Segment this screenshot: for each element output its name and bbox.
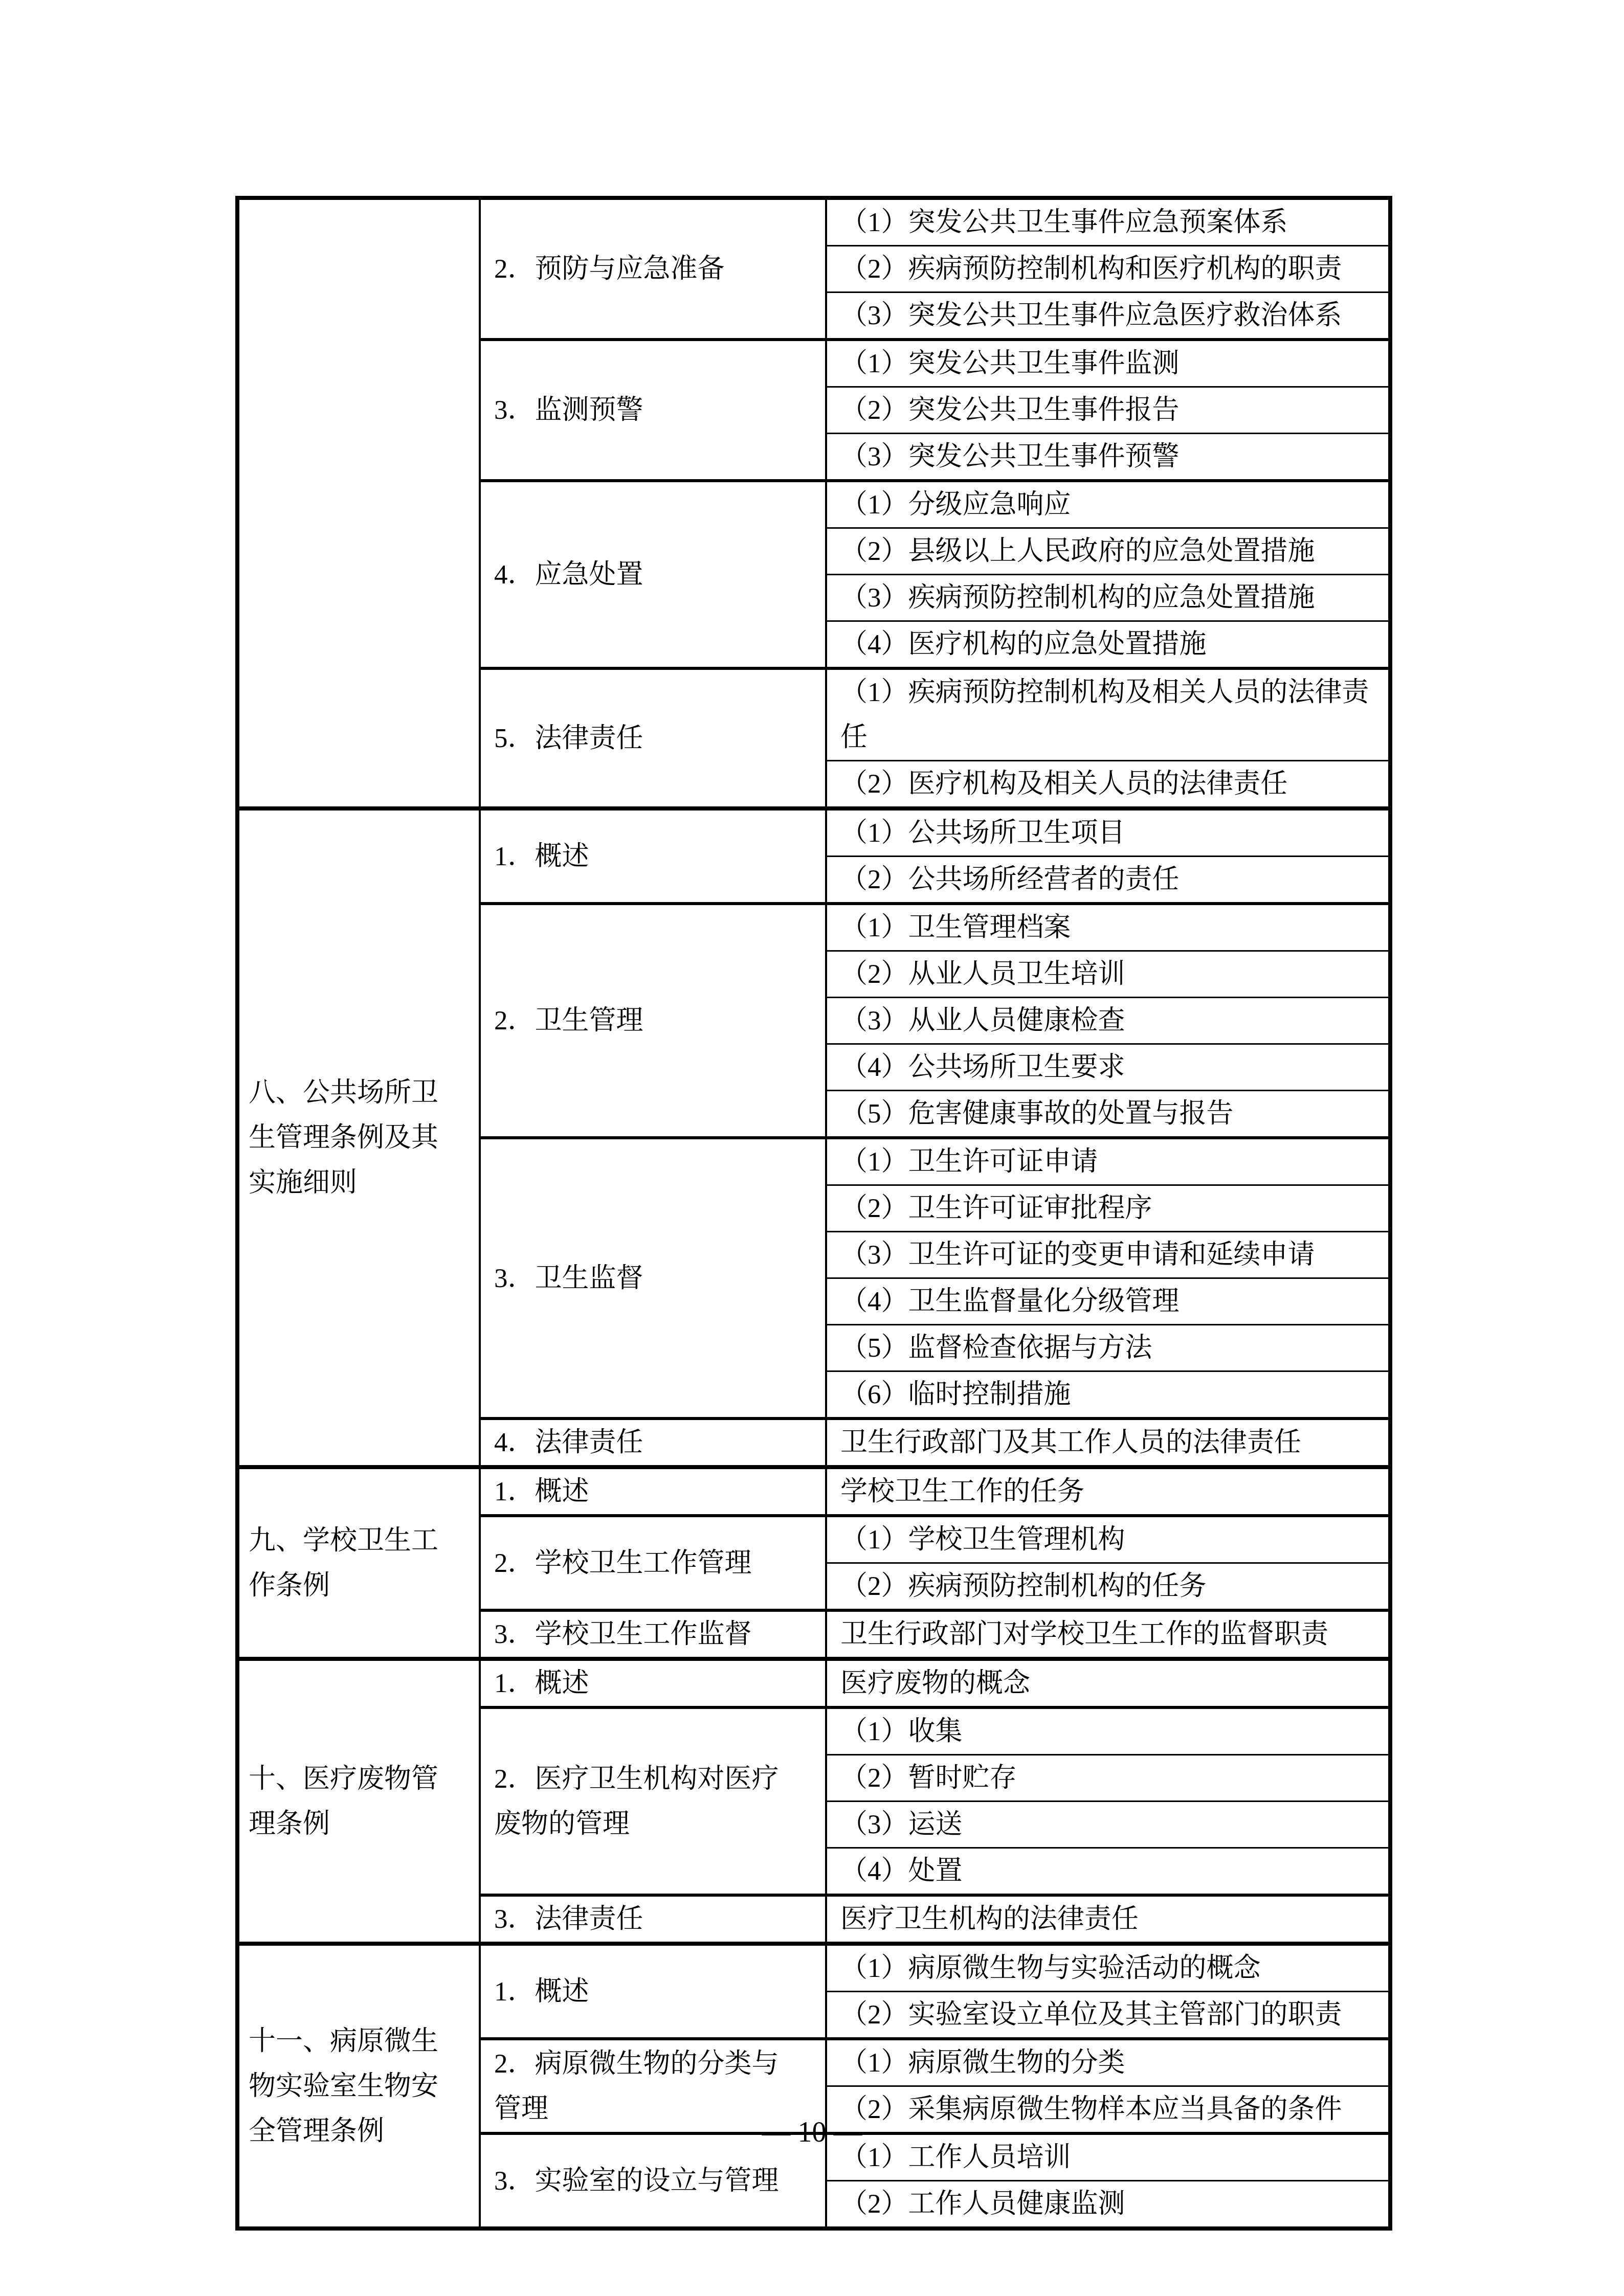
group-label-cell: 2．学校卫生工作管理 <box>480 1516 826 1610</box>
item-cell: （2）疾病预防控制机构和医疗机构的职责 <box>826 246 1390 292</box>
item-cell: （1）病原微生物的分类 <box>826 2039 1390 2086</box>
item-cell: （1）卫生许可证申请 <box>826 1138 1390 1185</box>
item-cell: （2）疾病预防控制机构的任务 <box>826 1563 1390 1611</box>
item-cell: （2）县级以上人民政府的应急处置措施 <box>826 528 1390 575</box>
item-cell: （1）疾病预防控制机构及相关人员的法律责 任 <box>826 668 1390 761</box>
group-label-cell: 1．概述 <box>480 1659 826 1707</box>
group-label-cell: 4．法律责任 <box>480 1419 826 1467</box>
item-cell: （2）卫生许可证审批程序 <box>826 1185 1390 1232</box>
item-cell: （1）学校卫生管理机构 <box>826 1516 1390 1563</box>
item-cell: 医疗卫生机构的法律责任 <box>826 1895 1390 1944</box>
group-label-cell: 2．预防与应急准备 <box>480 198 826 340</box>
item-cell: （1）卫生管理档案 <box>826 904 1390 951</box>
item-cell: （2）从业人员卫生培训 <box>826 951 1390 998</box>
page-number: — 10 — <box>0 2107 1624 2158</box>
item-cell: （1）分级应急响应 <box>826 481 1390 528</box>
group-label-cell: 2．医疗卫生机构对医疗 废物的管理 <box>480 1707 826 1895</box>
item-cell: （3）运送 <box>826 1802 1390 1848</box>
item-cell: （1）公共场所卫生项目 <box>826 808 1390 857</box>
item-cell: （1）突发公共卫生事件应急预案体系 <box>826 198 1390 246</box>
section-title-cell: 八、公共场所卫 生管理条例及其 实施细则 <box>237 808 480 1467</box>
group-label-cell: 2．卫生管理 <box>480 904 826 1138</box>
item-cell: （2）实验室设立单位及其主管部门的职责 <box>826 1992 1390 2039</box>
group-label-cell: 5．法律责任 <box>480 668 826 808</box>
syllabus-table: 2．预防与应急准备 （1）突发公共卫生事件应急预案体系 （2）疾病预防控制机构和… <box>235 196 1392 2231</box>
item-cell: （5）监督检查依据与方法 <box>826 1325 1390 1371</box>
item-cell: （4）卫生监督量化分级管理 <box>826 1278 1390 1325</box>
item-cell: （6）临时控制措施 <box>826 1371 1390 1419</box>
section-title-cell: 十一、病原微生 物实验室生物安 全管理条例 <box>237 1944 480 2229</box>
item-cell: 学校卫生工作的任务 <box>826 1467 1390 1516</box>
item-cell: （3）卫生许可证的变更申请和延续申请 <box>826 1232 1390 1278</box>
section-title-cell <box>237 198 480 808</box>
item-cell: 卫生行政部门对学校卫生工作的监督职责 <box>826 1610 1390 1659</box>
item-cell: （4）公共场所卫生要求 <box>826 1044 1390 1091</box>
item-cell: （2）公共场所经营者的责任 <box>826 857 1390 904</box>
item-cell: 医疗废物的概念 <box>826 1659 1390 1707</box>
document-page: 2．预防与应急准备 （1）突发公共卫生事件应急预案体系 （2）疾病预防控制机构和… <box>0 0 1624 2296</box>
item-cell: （2）医疗机构及相关人员的法律责任 <box>826 761 1390 809</box>
group-label-cell: 1．概述 <box>480 808 826 904</box>
item-cell: （3）从业人员健康检查 <box>826 998 1390 1044</box>
group-label-cell: 1．概述 <box>480 1467 826 1516</box>
group-label-cell: 3．法律责任 <box>480 1895 826 1944</box>
item-cell: （1）病原微生物与实验活动的概念 <box>826 1944 1390 1992</box>
item-cell: 卫生行政部门及其工作人员的法律责任 <box>826 1419 1390 1467</box>
section-title-cell: 十、医疗废物管 理条例 <box>237 1659 480 1944</box>
section-title-cell: 九、学校卫生工 作条例 <box>237 1467 480 1659</box>
item-cell: （2）突发公共卫生事件报告 <box>826 387 1390 434</box>
item-cell: （3）突发公共卫生事件预警 <box>826 434 1390 481</box>
item-cell: （3）突发公共卫生事件应急医疗救治体系 <box>826 292 1390 340</box>
item-cell: （4）医疗机构的应急处置措施 <box>826 621 1390 669</box>
group-label-cell: 3．卫生监督 <box>480 1138 826 1419</box>
group-label-cell: 4．应急处置 <box>480 481 826 668</box>
item-cell: （1）收集 <box>826 1707 1390 1755</box>
group-label-cell: 3．学校卫生工作监督 <box>480 1610 826 1659</box>
item-cell: （1）突发公共卫生事件监测 <box>826 340 1390 387</box>
item-cell: （2）暂时贮存 <box>826 1755 1390 1802</box>
item-cell: （2）工作人员健康监测 <box>826 2181 1390 2229</box>
group-label-cell: 1．概述 <box>480 1944 826 2039</box>
item-cell: （3）疾病预防控制机构的应急处置措施 <box>826 575 1390 621</box>
item-cell: （4）处置 <box>826 1848 1390 1896</box>
group-label-cell: 3．监测预警 <box>480 340 826 481</box>
item-cell: （5）危害健康事故的处置与报告 <box>826 1091 1390 1138</box>
